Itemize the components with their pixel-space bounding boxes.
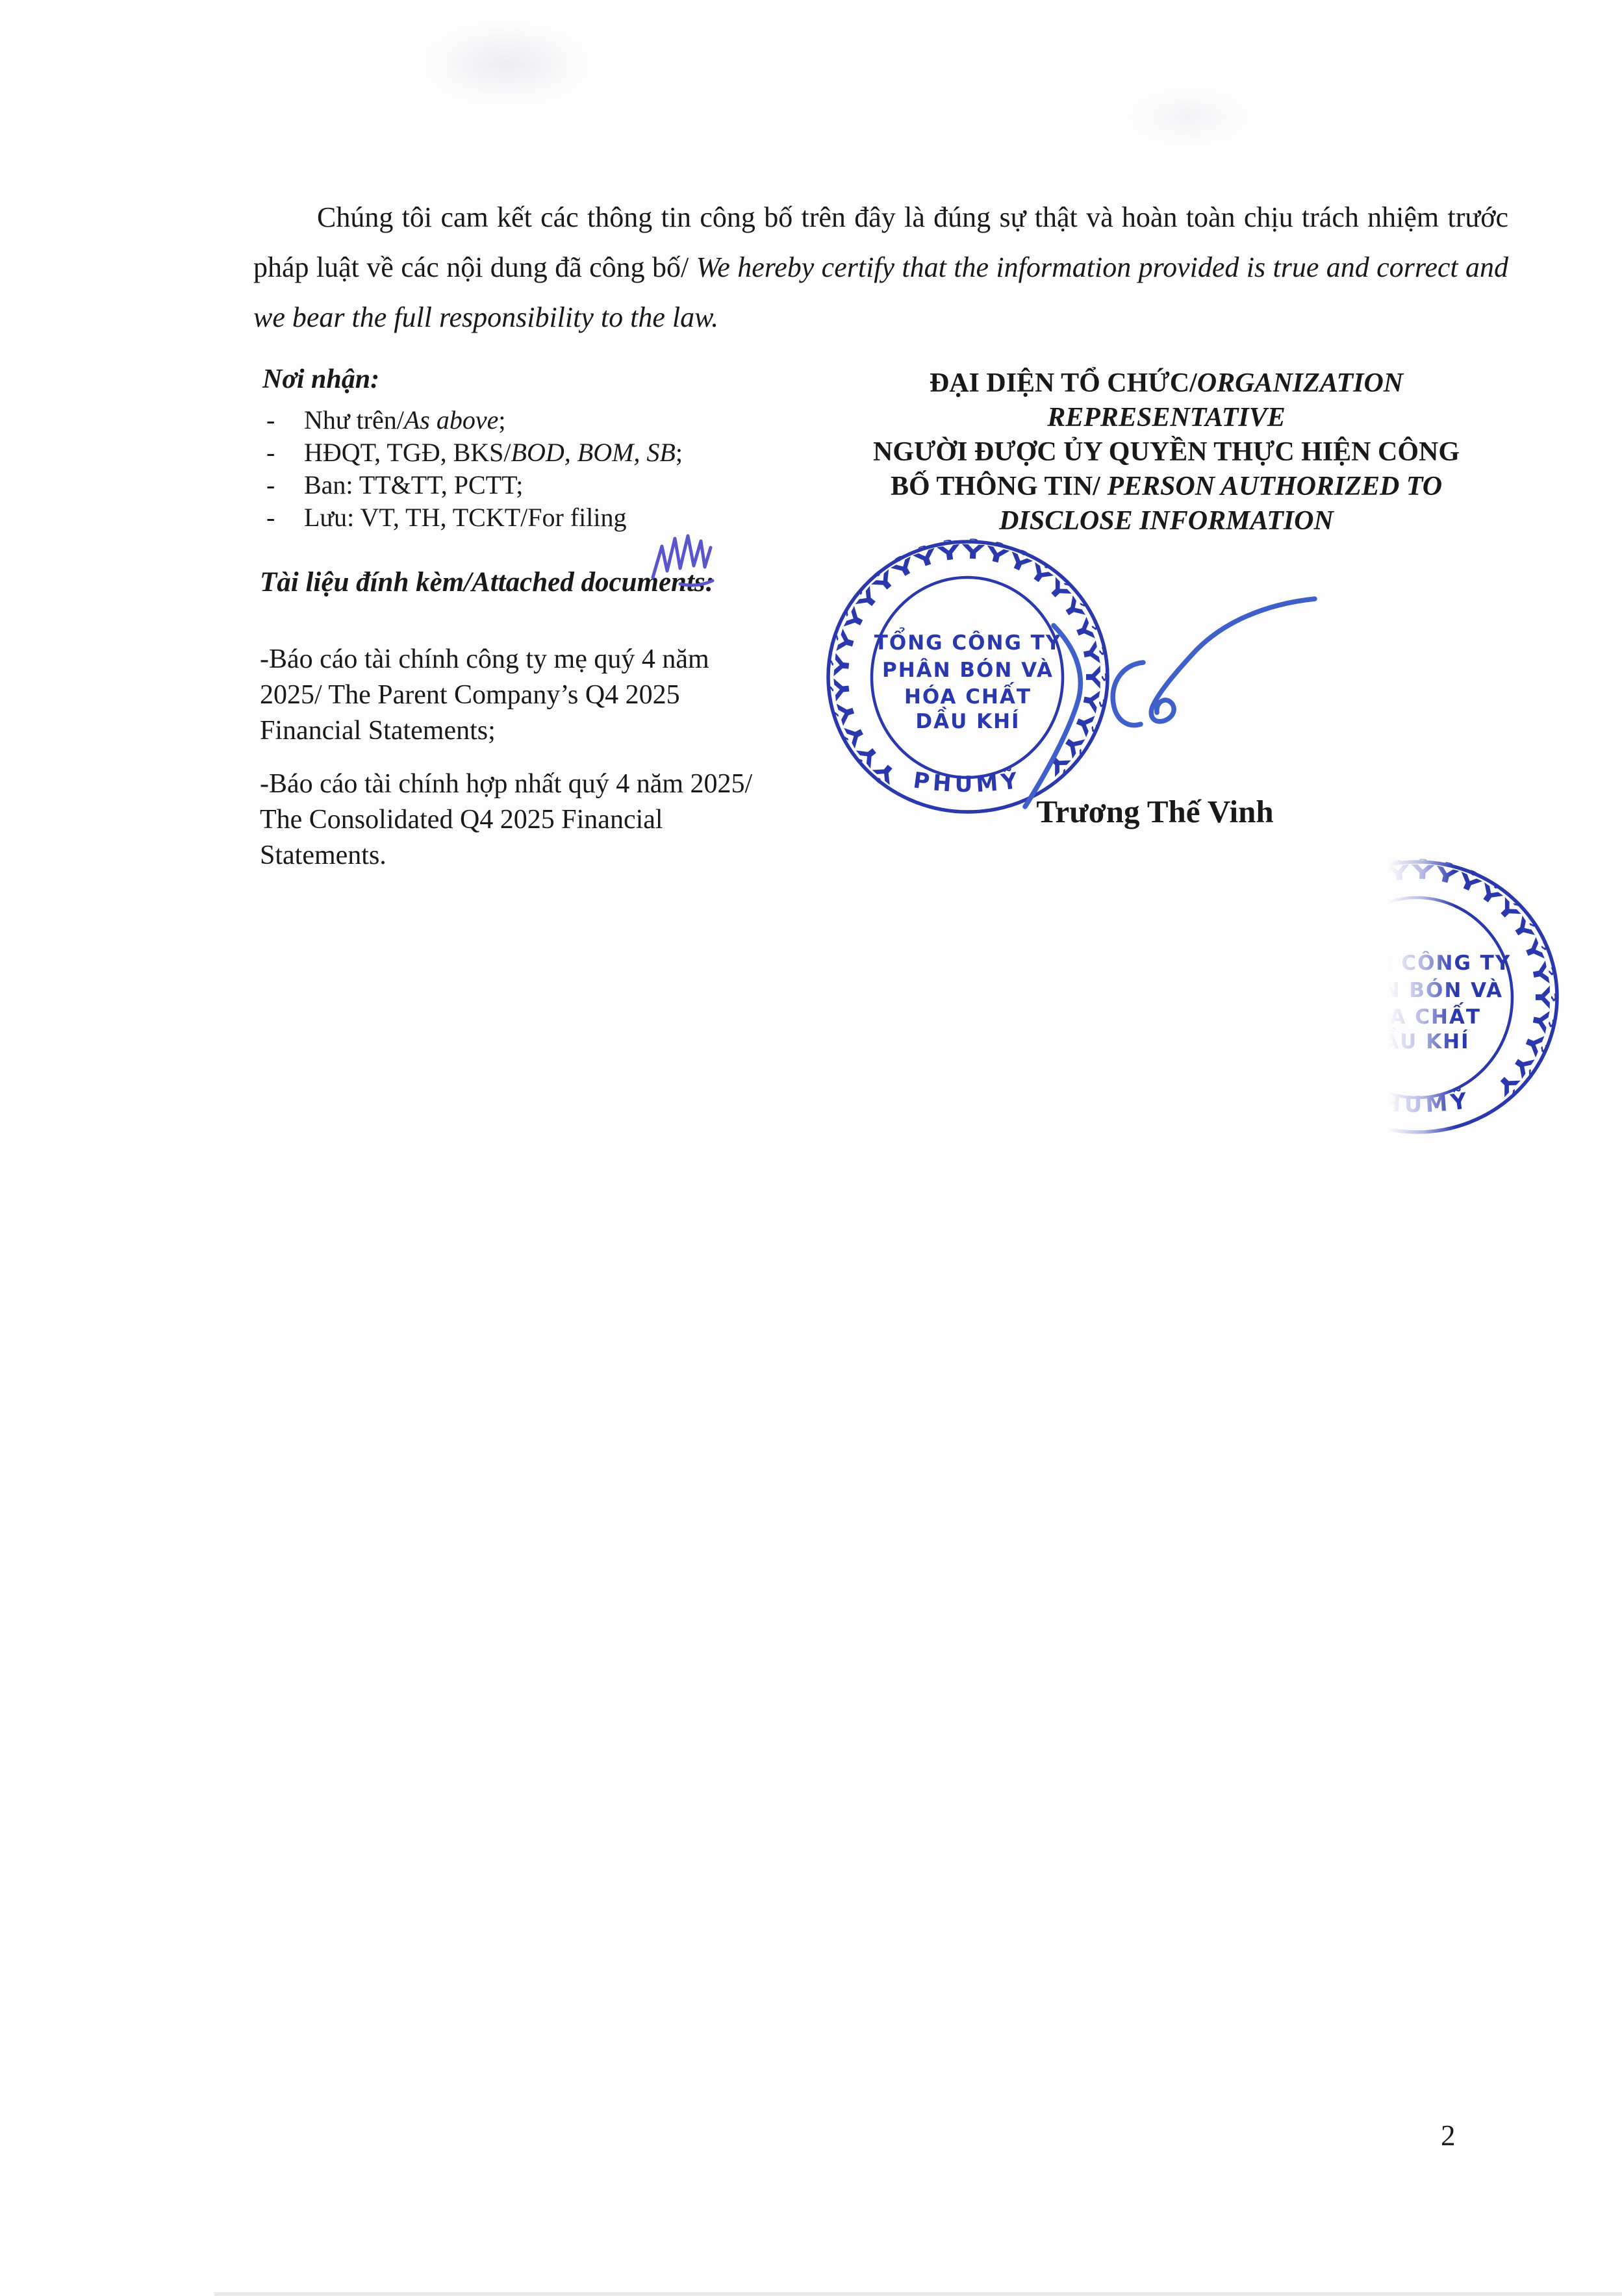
- list-item-text: Lưu: VT, TH, TCKT/For filing: [304, 501, 627, 534]
- company-seal-partial: ỶỶỶỶỶỶỶỶỶỶỶỶỶỶỶỶỶỶỶỶỶỶỶỶỶỶ PHUMỸ TỔNG CÔ…: [1273, 858, 1562, 1139]
- seal-center-line: DẦU KHÍ: [915, 707, 1020, 733]
- list-item-post: ;: [498, 405, 505, 435]
- seal-bottom-text: PHUMỸ: [911, 766, 1022, 798]
- initials-ink: [646, 529, 721, 591]
- heading-line: DISCLOSE INFORMATION: [807, 504, 1525, 538]
- representative-heading: ĐẠI DIỆN TỔ CHỨC/ORGANIZATION REPRESENTA…: [807, 366, 1525, 538]
- heading-plain: ĐẠI DIỆN TỔ CHỨC/: [930, 368, 1197, 398]
- list-item: - Ban: TT&TT, PCTT;: [266, 469, 838, 501]
- signer-name: Trương Thế Vinh: [1019, 792, 1291, 831]
- seal-bottom-text: PHUMỸ: [1361, 1087, 1472, 1118]
- recipients-heading: Nơi nhận:: [262, 364, 379, 395]
- heading-line: REPRESENTATIVE: [807, 401, 1525, 435]
- initials-strokes: [653, 536, 713, 585]
- dash-bullet: -: [266, 436, 304, 469]
- initials-underline: [680, 581, 713, 585]
- list-item-plain: Ban: TT&TT, PCTT;: [304, 470, 523, 499]
- list-item-plain: Lưu: VT, TH, TCKT/For filing: [304, 503, 627, 532]
- list-item-plain: Như trên/: [304, 405, 404, 435]
- signature-c-stroke: [1113, 662, 1143, 725]
- signature-strokes: [1025, 599, 1315, 807]
- recipients-list: - Như trên/As above; - HĐQT, TGĐ, BKS/BO…: [266, 404, 838, 534]
- attachment-item: -Báo cáo tài chính hợp nhất quý 4 năm 20…: [260, 766, 776, 874]
- heading-line: ĐẠI DIỆN TỔ CHỨC/ORGANIZATION: [807, 366, 1525, 401]
- list-item-italic: BOD, BOM, SB: [511, 438, 676, 467]
- scanner-edge-artifact: [214, 2292, 1622, 2296]
- seal-center-line: PHÂN BÓN VÀ: [1332, 978, 1503, 1002]
- dash-bullet: -: [266, 404, 304, 436]
- heading-italic: DISCLOSE INFORMATION: [999, 506, 1334, 536]
- heading-plain: NGƯỜI ĐƯỢC ỦY QUYỀN THỰC HIỆN CÔNG: [873, 437, 1460, 467]
- initials-zigzag: [653, 536, 711, 577]
- seal-center-line: DẦU KHÍ: [1365, 1028, 1469, 1053]
- signature-tall-stroke: [1025, 625, 1080, 807]
- heading-plain: BỐ THÔNG TIN/: [891, 472, 1100, 501]
- heading-line: BỐ THÔNG TIN/ PERSON AUTHORIZED TO: [807, 470, 1525, 504]
- heading-italic: PERSON AUTHORIZED TO: [1100, 472, 1442, 501]
- dash-bullet: -: [266, 469, 304, 501]
- page-number: 2: [1441, 2119, 1456, 2152]
- list-item: - HĐQT, TGĐ, BKS/BOD, BOM, SB;: [266, 436, 838, 469]
- list-item-italic: As above: [404, 405, 499, 435]
- heading-line: NGƯỜI ĐƯỢC ỦY QUYỀN THỰC HIỆN CÔNG: [807, 435, 1525, 470]
- list-item-post: ;: [676, 438, 683, 467]
- certification-paragraph: Chúng tôi cam kết các thông tin công bố …: [253, 192, 1508, 342]
- list-item-plain: HĐQT, TGĐ, BKS/: [304, 438, 511, 467]
- heading-italic: REPRESENTATIVE: [1047, 403, 1285, 433]
- seal-center-line: TỔNG CÔNG TY: [1324, 948, 1512, 975]
- attachment-item: -Báo cáo tài chính công ty mẹ quý 4 năm …: [260, 642, 776, 749]
- list-item-text: Ban: TT&TT, PCTT;: [304, 469, 523, 501]
- signature-swoosh: [1151, 599, 1315, 722]
- list-item-text: Như trên/As above;: [304, 404, 506, 436]
- scan-smudge: [1104, 78, 1273, 156]
- dash-bullet: -: [266, 501, 304, 534]
- seal-center-line: HÓA CHẤT: [1354, 1003, 1481, 1029]
- heading-italic: ORGANIZATION: [1197, 368, 1403, 398]
- document-page: Chúng tôi cam kết các thông tin công bố …: [0, 0, 1622, 2296]
- list-item: - Lưu: VT, TH, TCKT/For filing: [266, 501, 838, 534]
- scan-smudge: [390, 5, 624, 122]
- list-item: - Như trên/As above;: [266, 404, 838, 436]
- list-item-text: HĐQT, TGĐ, BKS/BOD, BOM, SB;: [304, 436, 683, 469]
- seal-center-line: HÓA CHẤT: [904, 683, 1032, 709]
